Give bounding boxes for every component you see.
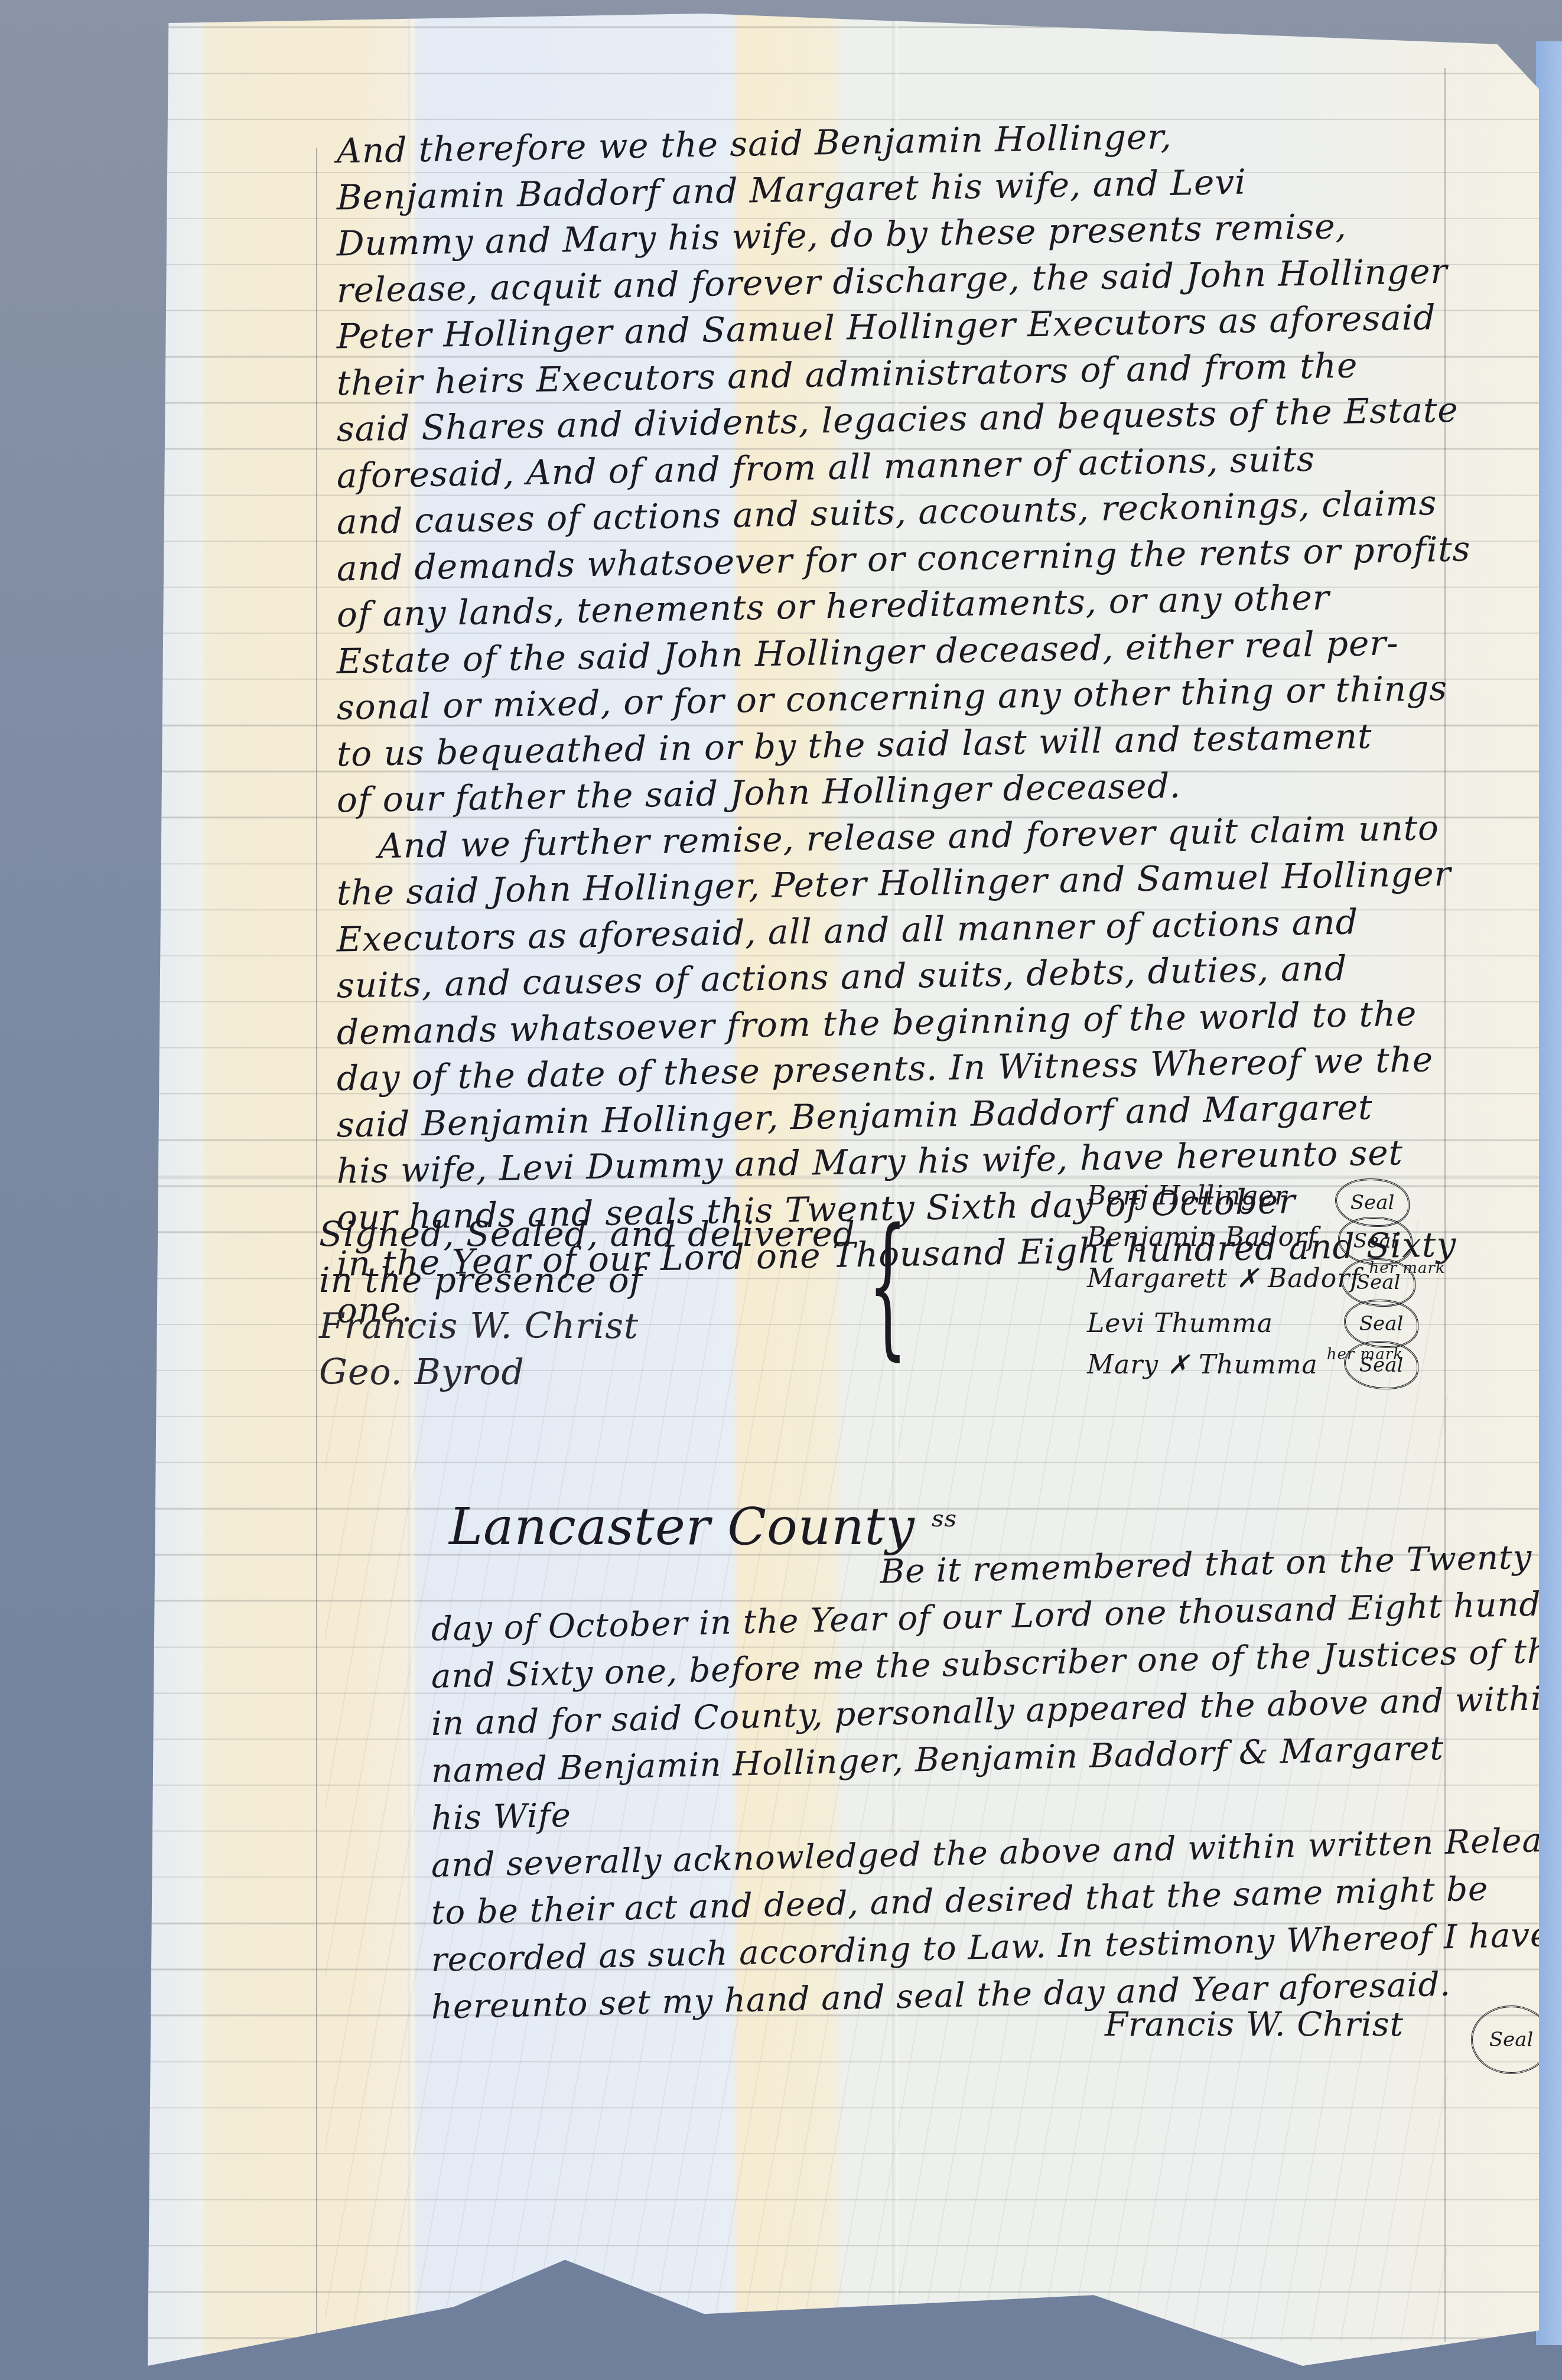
signer-name: Benjamin Badorf [1087, 1222, 1317, 1252]
acknowledgment-certificate: Be it remembered that on the Twenty Sixt… [431, 1531, 1539, 2031]
attestation-clause: Signed, Sealed, and delivered in the pre… [319, 1211, 855, 1395]
brace-glyph: { [868, 1196, 907, 1375]
justice-signature: Francis W. Christ [1105, 2005, 1404, 2044]
attestation-line: Signed, Sealed, and delivered [319, 1211, 855, 1257]
adjacent-sheet-edge [1536, 41, 1562, 2345]
release-body: And therefore we the said Benjamin Holli… [337, 108, 1459, 1333]
document-page: And therefore we the said Benjamin Holli… [148, 9, 1539, 2366]
witness-signature: Geo. Byrod [319, 1349, 855, 1395]
signer-name: Benj Hollinger [1087, 1181, 1287, 1211]
left-margin-line [316, 148, 317, 2363]
ss-mark: ss [932, 1505, 957, 1532]
signer-name: Levi Thumma [1087, 1308, 1273, 1339]
signer-name: Margarett ✗ Badorf [1087, 1264, 1361, 1294]
venue-heading: Lancaster County ss [449, 1497, 957, 1557]
witness-signature: Francis W. Christ [319, 1303, 855, 1349]
county-name: Lancaster County [449, 1497, 915, 1557]
signer-name: Mary ✗ Thumma [1087, 1350, 1318, 1380]
attestation-line: in the presence of [319, 1257, 855, 1303]
